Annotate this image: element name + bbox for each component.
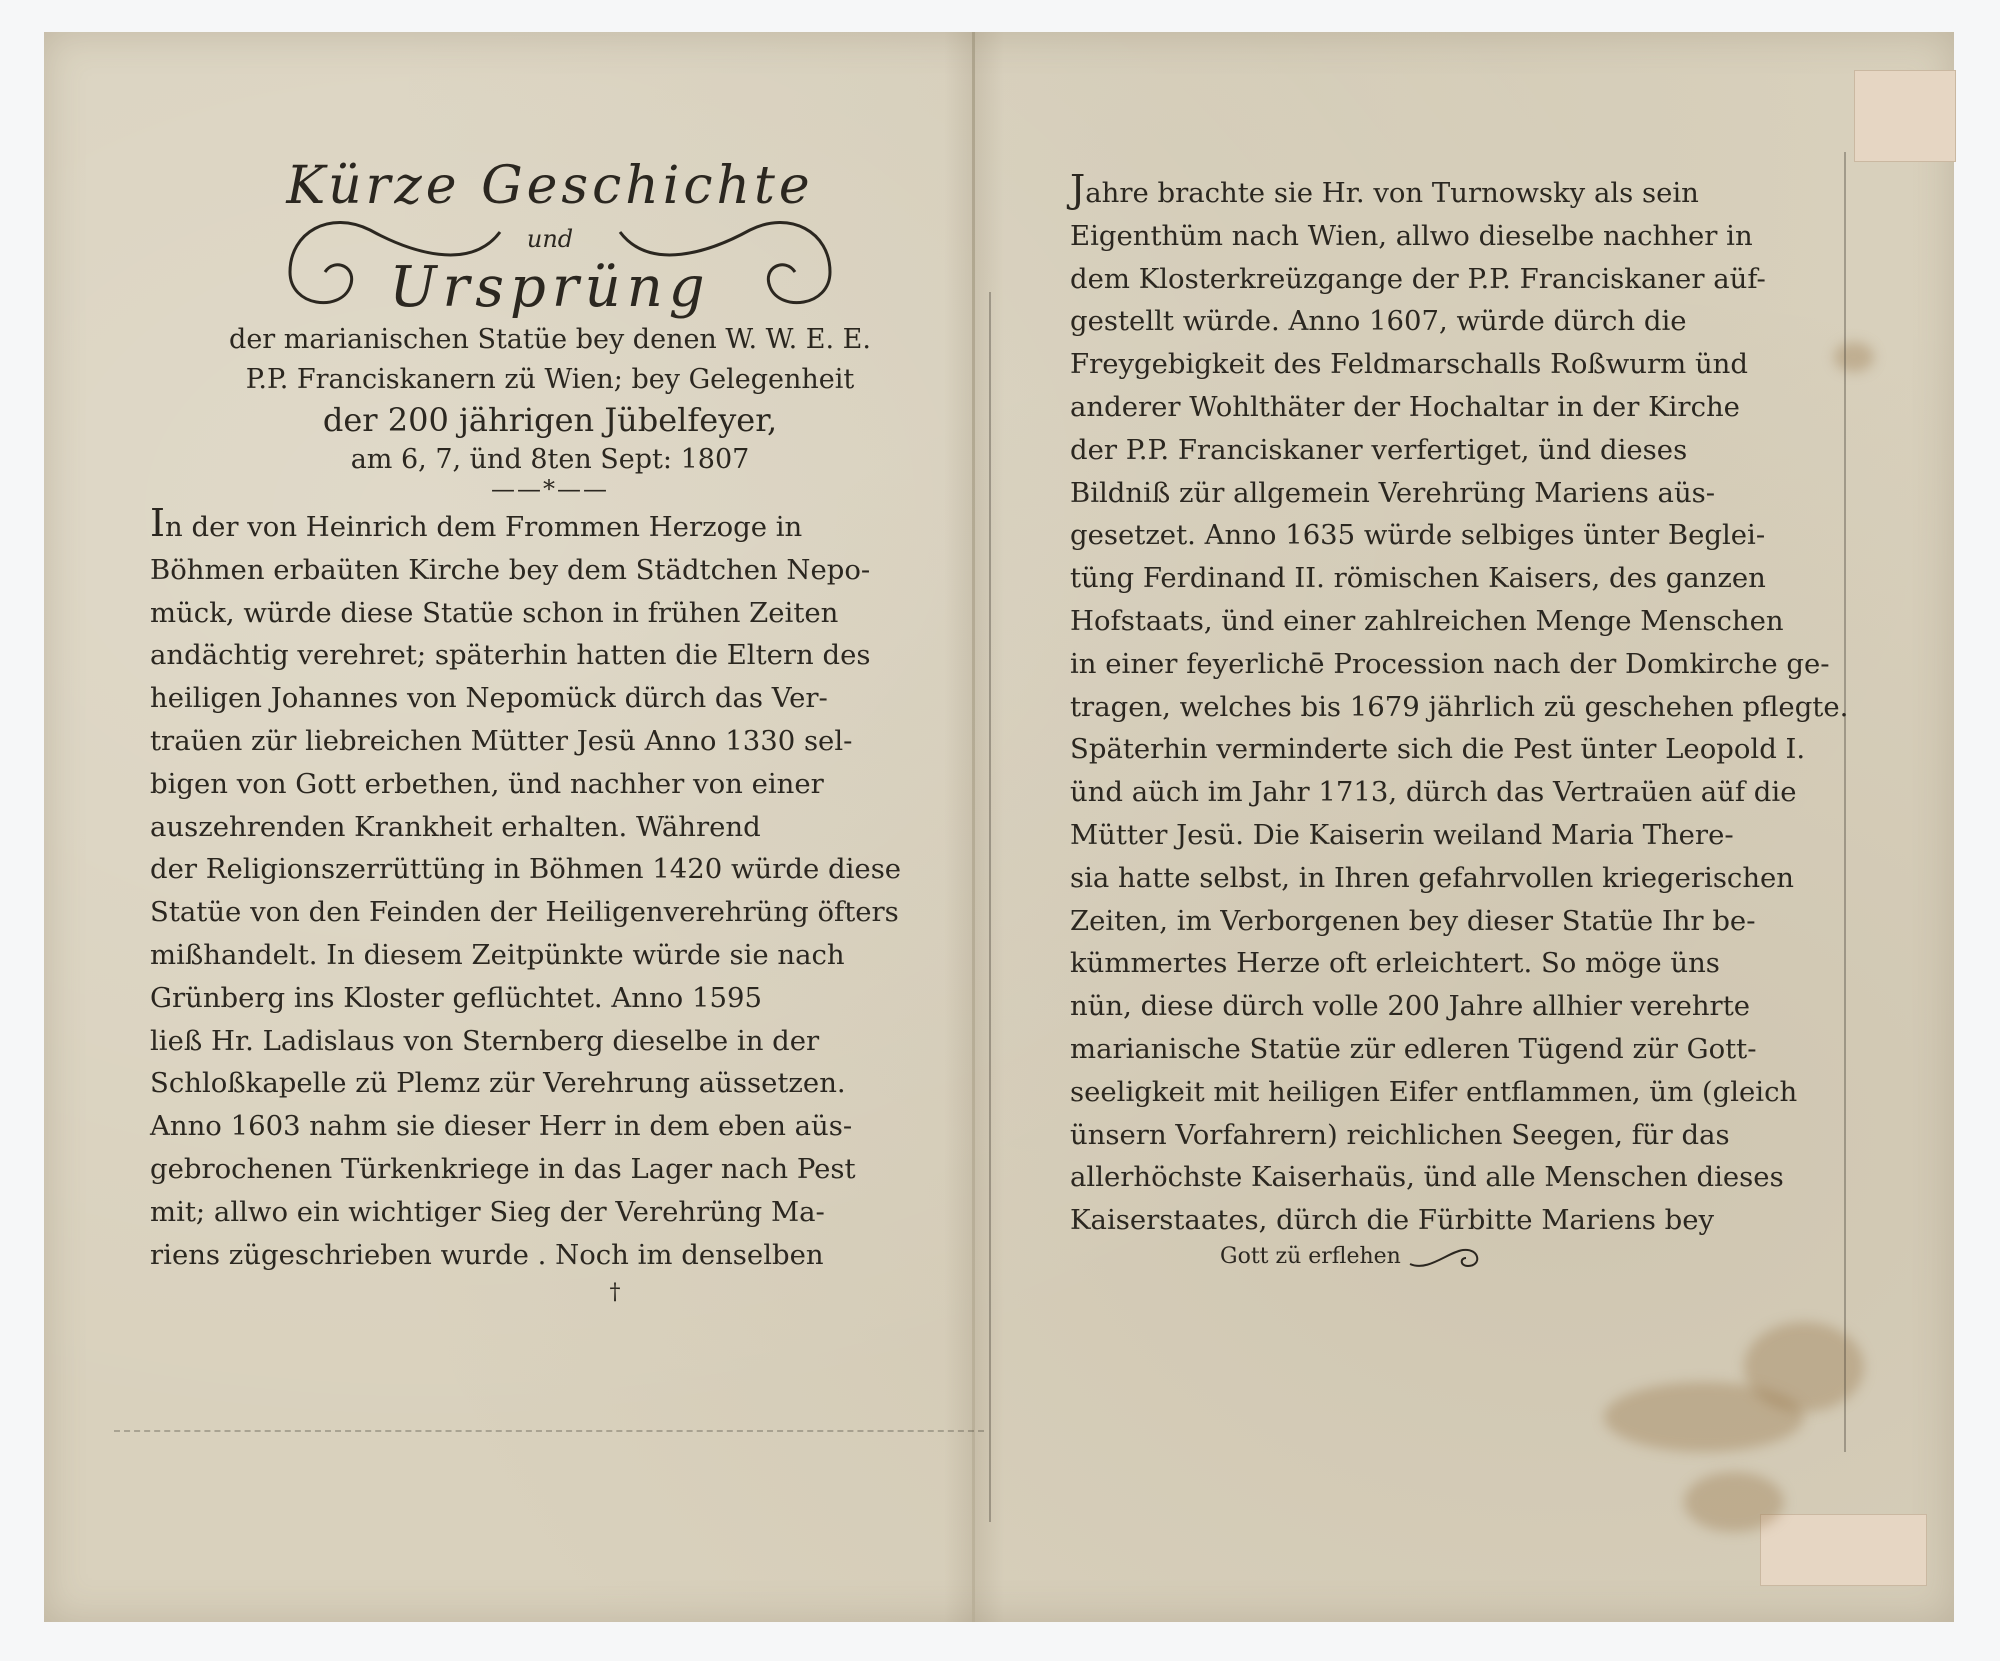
text-line: Statüe von den Feinden der Heiligenvereh… <box>150 891 950 934</box>
title-block: Kürze Geschichte und Ursprüng der marian… <box>150 150 950 498</box>
stain <box>1684 1472 1784 1532</box>
text-line: ließ Hr. Ladislaus von Sternberg dieselb… <box>150 1020 950 1063</box>
text-line: Kaiserstaates, dürch die Fürbitte Marien… <box>1070 1199 1870 1242</box>
text-line: gestellt würde. Anno 1607, würde dürch d… <box>1070 300 1870 343</box>
right-page: Jahre brachte sie Hr. von Turnowsky als … <box>1070 168 1870 1272</box>
subtitle-line: P.P. Franciskanern zü Wien; bey Gelegenh… <box>150 360 950 400</box>
text-line: riens zügeschrieben wurde . Noch im dens… <box>150 1234 950 1277</box>
text-line: seeligkeit mit heiligen Eifer entflammen… <box>1070 1071 1870 1114</box>
text-line: Späterhin verminderte sich die Pest ünte… <box>1070 728 1870 771</box>
text-line: Anno 1603 nahm sie dieser Herr in dem eb… <box>150 1105 950 1148</box>
text-line: nün, diese dürch volle 200 Jahre allhier… <box>1070 985 1870 1028</box>
text-line: heiligen Johannes von Nepomück dürch das… <box>150 677 950 720</box>
text-line: ünd aüch im Jahr 1713, dürch das Vertraü… <box>1070 771 1870 814</box>
text-line: allerhöchste Kaiserhaüs, ünd alle Mensch… <box>1070 1156 1870 1199</box>
text-line: Grünberg ins Kloster geflüchtet. Anno 15… <box>150 977 950 1020</box>
text-line: In der von Heinrich dem Frommen Herzoge … <box>150 502 950 549</box>
text-line: tüng Ferdinand II. römischen Kaisers, de… <box>1070 557 1870 600</box>
text-line: Böhmen erbaüten Kirche bey dem Städtchen… <box>150 549 950 592</box>
text-line: der P.P. Franciskaner verfertiget, ünd d… <box>1070 429 1870 472</box>
text-line: bigen von Gott erbethen, ünd nachher von… <box>150 763 950 806</box>
text-line: Mütter Jesü. Die Kaiserin weiland Maria … <box>1070 814 1870 857</box>
flourish-left-icon <box>280 212 510 322</box>
text-line: mißhandelt. In diesem Zeitpünkte würde s… <box>150 934 950 977</box>
repair-patch-top-right <box>1854 70 1956 162</box>
text-line: traüen zür liebreichen Mütter Jesü Anno … <box>150 720 950 763</box>
text-line: Freygebigkeit des Feldmarschalls Roßwurm… <box>1070 343 1870 386</box>
closing-line: Gott zü erflehen <box>1070 1242 1870 1272</box>
bottom-rule-left-page <box>114 1430 984 1432</box>
text-line: marianische Statüe zür edleren Tügend zü… <box>1070 1028 1870 1071</box>
left-page: Kürze Geschichte und Ursprüng der marian… <box>150 150 950 1305</box>
subtitle-line: der 200 jährigen Jübelfeyer, <box>150 400 950 440</box>
text-line: tragen, welches bis 1679 jährlich zü ges… <box>1070 686 1870 729</box>
text-line: Jahre brachte sie Hr. von Turnowsky als … <box>1070 168 1870 215</box>
text-line: Hofstaats, ünd einer zahlreichen Menge M… <box>1070 600 1870 643</box>
left-body-text: In der von Heinrich dem Frommen Herzoge … <box>150 502 950 1305</box>
text-line: kümmertes Herze oft erleichtert. So möge… <box>1070 942 1870 985</box>
ornamental-divider: ——*—— <box>150 480 950 498</box>
repair-patch-bottom-right <box>1760 1514 1927 1586</box>
date-line: am 6, 7, ünd 8ten Sept: 1807 <box>150 440 950 480</box>
text-line: ünsern Vorfahrern) reichlichen Seegen, f… <box>1070 1114 1870 1157</box>
text-line: Schloßkapelle zü Plemz zür Verehrung aüs… <box>150 1062 950 1105</box>
center-fold <box>972 32 975 1622</box>
stain <box>1604 1382 1804 1452</box>
text-line: andächtig verehret; späterhin hatten die… <box>150 634 950 677</box>
flourish-right-icon <box>610 212 840 322</box>
text-line: mit; allwo ein wichtiger Sieg der Verehr… <box>150 1191 950 1234</box>
text-line: Eigenthüm nach Wien, allwo dieselbe nach… <box>1070 215 1870 258</box>
closing-text: Gott zü erflehen <box>1220 1244 1401 1269</box>
subtitle-line: der marianischen Statüe bey denen W. W. … <box>150 320 950 360</box>
cross-mark-icon: † <box>150 1280 950 1305</box>
text-line: auszehrenden Krankheit erhalten. Während <box>150 806 950 849</box>
text-line: sia hatte selbst, in Ihren gefahrvollen … <box>1070 857 1870 900</box>
text-line: mück, würde diese Statüe schon in frühen… <box>150 592 950 635</box>
text-line: dem Klosterkreüzgange der P.P. Franciska… <box>1070 258 1870 301</box>
text-line: Zeiten, im Verborgenen bey dieser Statüe… <box>1070 900 1870 943</box>
text-line: gesetzet. Anno 1635 würde selbiges ünter… <box>1070 514 1870 557</box>
end-flourish-icon <box>1408 1242 1488 1272</box>
text-line: anderer Wohlthäter der Hochaltar in der … <box>1070 386 1870 429</box>
text-line: in einer feyerlichē Procession nach der … <box>1070 643 1870 686</box>
margin-rule-left-page <box>989 292 991 1522</box>
text-line: der Religionszerrüttüng in Böhmen 1420 w… <box>150 848 950 891</box>
text-line: gebrochenen Türkenkriege in das Lager na… <box>150 1148 950 1191</box>
text-line: Bildniß zür allgemein Verehrüng Mariens … <box>1070 472 1870 515</box>
